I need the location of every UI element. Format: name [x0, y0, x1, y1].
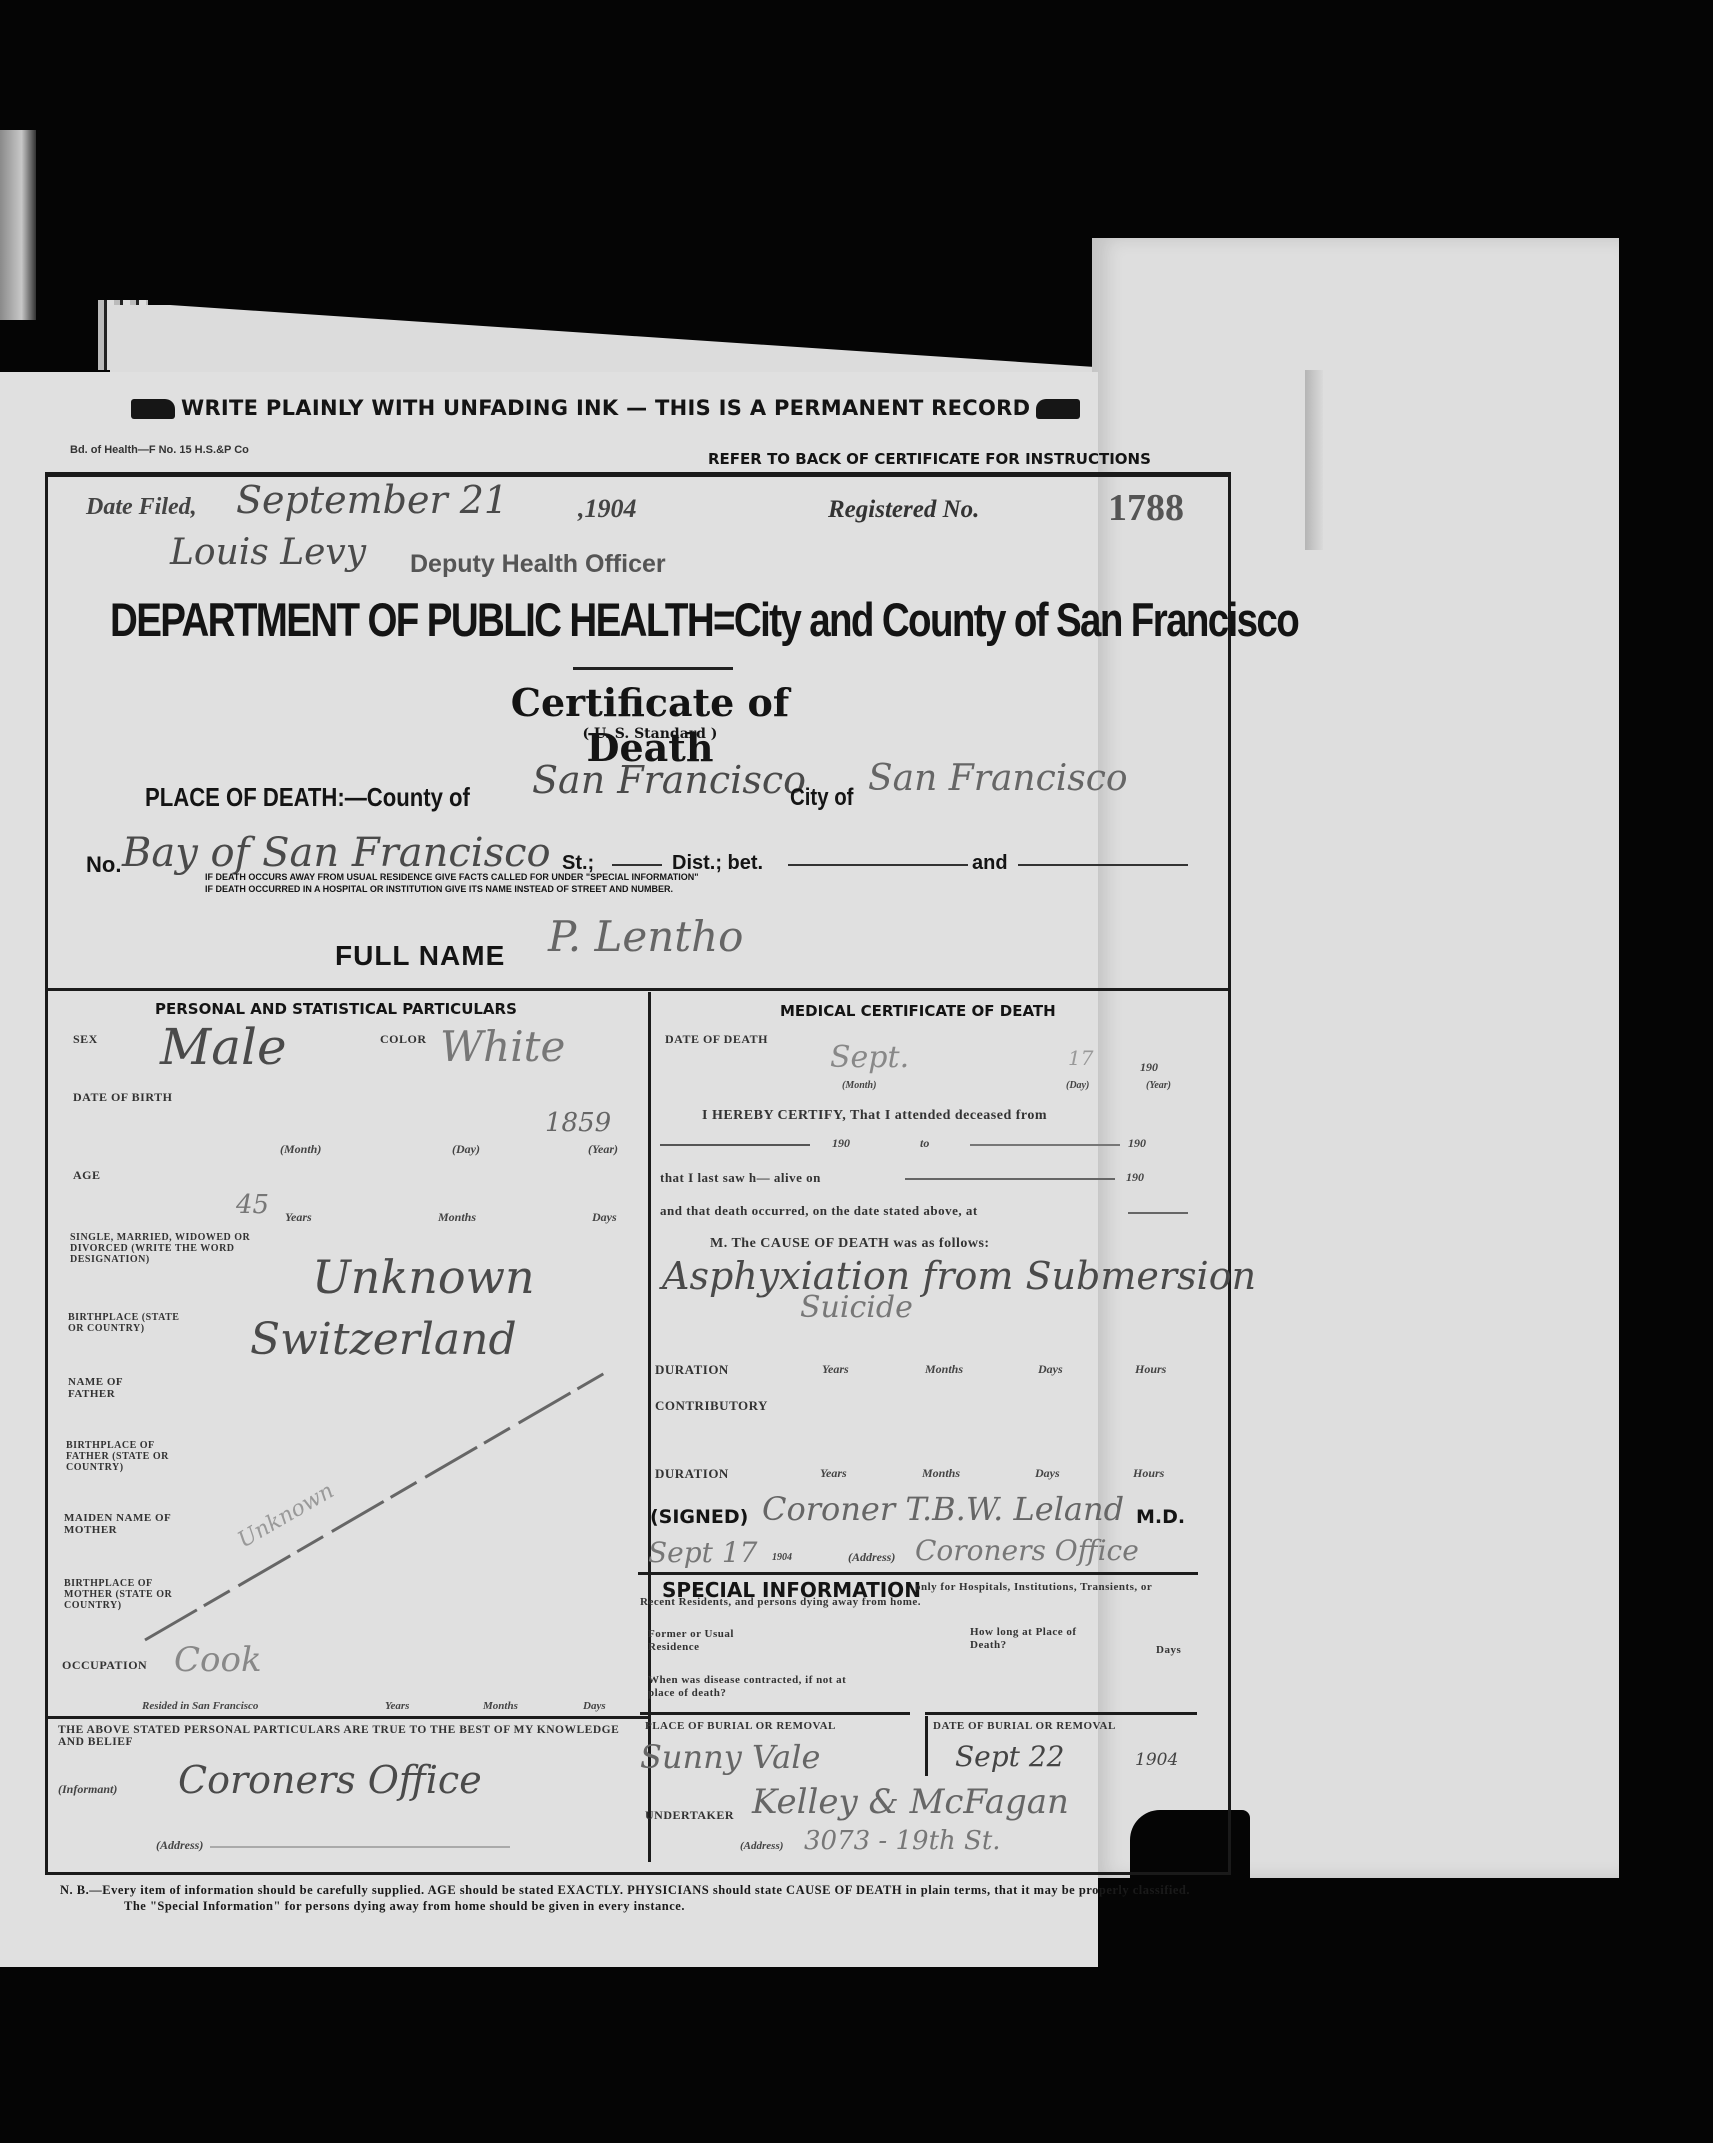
burial-divider-left: [640, 1712, 910, 1715]
undertaker-label: UNDERTAKER: [645, 1808, 734, 1823]
death-day-value[interactable]: 17: [1068, 1046, 1093, 1070]
duration-hours: Hours: [1135, 1362, 1166, 1377]
pointing-hand-icon: [131, 399, 175, 419]
dist-rule: [788, 864, 968, 866]
marital-value[interactable]: Unknown: [312, 1250, 535, 1304]
death-occurred-line: and that death occurred, on the date sta…: [660, 1203, 978, 1219]
officer-title: Deputy Health Officer: [410, 550, 666, 579]
title-rule: [573, 667, 733, 670]
color-value[interactable]: White: [440, 1022, 565, 1071]
signed-date-value[interactable]: Sept 17: [648, 1536, 757, 1569]
color-label: COLOR: [380, 1032, 427, 1047]
death-day-caption: (Day): [1066, 1080, 1089, 1091]
resided-months: Months: [483, 1700, 518, 1712]
age-years-value[interactable]: 45: [236, 1190, 269, 1220]
footer-note: N. B.—Every item of information should b…: [60, 1882, 1204, 1914]
date-filed-year: ,1904: [578, 494, 637, 524]
undertaker-value[interactable]: Kelley & McFagan: [752, 1782, 1069, 1822]
medical-address-label: (Address): [848, 1550, 895, 1565]
st-rule: [612, 864, 662, 866]
undertaker-address-value[interactable]: 3073 - 19th St.: [804, 1826, 1001, 1856]
duration2-days: Days: [1035, 1466, 1060, 1481]
last-saw-line: that I last saw h— alive on: [660, 1170, 821, 1186]
undertaker-address-label: (Address): [740, 1840, 783, 1852]
date-filed-value[interactable]: September 21: [236, 478, 508, 522]
duration-days: Days: [1038, 1362, 1063, 1377]
md-label: M.D.: [1136, 1506, 1185, 1528]
occupation-label: OCCUPATION: [62, 1658, 147, 1673]
street-no-label: No.: [86, 852, 121, 878]
signed-by-value[interactable]: Coroner T.B.W. Leland: [762, 1490, 1124, 1528]
date-of-death-label: DATE OF DEATH: [665, 1032, 768, 1047]
dob-year-caption: (Year): [588, 1142, 618, 1157]
adjacent-page-edge: [0, 130, 36, 320]
birthplace-value[interactable]: Switzerland: [250, 1314, 517, 1365]
to-label: to: [920, 1136, 929, 1151]
death-time-line: [1128, 1212, 1188, 1214]
registered-number[interactable]: 1788: [1108, 486, 1184, 530]
city-value[interactable]: San Francisco: [868, 758, 1128, 799]
dob-label: DATE OF BIRTH: [73, 1090, 172, 1105]
cause-line: M. The CAUSE OF DEATH was as follows:: [660, 1236, 990, 1252]
contributory-label: CONTRIBUTORY: [655, 1398, 768, 1414]
signed-label: (SIGNED): [650, 1506, 748, 1528]
special-divider: [638, 1572, 1198, 1575]
marital-label: SINGLE, MARRIED, WIDOWED OR DIVORCED (Wr…: [70, 1232, 290, 1265]
former-residence-label: Former or Usual Residence: [648, 1628, 768, 1654]
and-rule: [1018, 864, 1188, 866]
attended-to-line: [970, 1144, 1120, 1146]
ink-warning: WRITE PLAINLY WITH UNFADING INK — THIS I…: [125, 396, 1086, 420]
last-saw-190: 190: [1126, 1170, 1144, 1185]
informant-divider: [48, 1716, 650, 1719]
county-value[interactable]: San Francisco: [532, 758, 806, 802]
from-190: 190: [832, 1136, 850, 1151]
sex-label: SEX: [73, 1032, 98, 1047]
burial-date-value[interactable]: Sept 22: [955, 1740, 1064, 1773]
to-190: 190: [1128, 1136, 1146, 1151]
duration2-months: Months: [922, 1466, 960, 1481]
death-month-caption: (Month): [842, 1080, 876, 1091]
cause-value-line2[interactable]: Suicide: [800, 1290, 913, 1325]
dob-year-value[interactable]: 1859: [545, 1108, 611, 1138]
attended-from-line: [660, 1144, 810, 1146]
father-name-label: NAME OF FATHER: [68, 1376, 148, 1400]
sheet-fold: [1305, 370, 1323, 550]
how-long-label: How long at Place of Death?: [970, 1626, 1100, 1652]
date-filed-label: Date Filed,: [86, 494, 197, 521]
duration2-label: DURATION: [655, 1466, 729, 1482]
resided-label: Resided in San Francisco: [142, 1700, 258, 1712]
informant-address-label: (Address): [156, 1838, 203, 1853]
burial-date-label: DATE of BURIAL or REMOVAL: [933, 1720, 1116, 1732]
informant-address-line: [210, 1846, 510, 1848]
refer-note: REFER TO BACK OF CERTIFICATE FOR INSTRUC…: [708, 450, 1151, 468]
burial-place-value[interactable]: Sunny Vale: [640, 1738, 820, 1776]
dob-month-caption: (Month): [280, 1142, 321, 1157]
department-title: DEPARTMENT OF PUBLIC HEALTH=City and Cou…: [110, 592, 996, 647]
burial-divider-right: [925, 1712, 1197, 1715]
and-label: and: [972, 852, 1008, 875]
personal-heading: PERSONAL AND STATISTICAL PARTICULARS: [155, 1000, 517, 1018]
full-name-value[interactable]: P. Lentho: [548, 912, 743, 961]
medical-heading: MEDICAL CERTIFICATE OF DEATH: [780, 1002, 1056, 1020]
sex-value[interactable]: Male: [160, 1018, 287, 1076]
informant-value[interactable]: Coroners Office: [178, 1758, 482, 1802]
cause-value[interactable]: Asphyxiation from Submersion: [662, 1254, 1256, 1298]
registered-label: Registered No.: [828, 496, 979, 524]
duration-months: Months: [925, 1362, 963, 1377]
informant-label: (Informant): [58, 1782, 117, 1797]
dob-day-caption: (Day): [452, 1142, 480, 1157]
place-of-death-label: PLACE OF DEATH:—County of: [145, 782, 470, 813]
duration2-years: Years: [820, 1466, 847, 1481]
resided-days: Days: [583, 1700, 606, 1712]
street-value[interactable]: Bay of San Francisco: [122, 830, 551, 876]
certify-line: I HEREBY CERTIFY, That I attended deceas…: [702, 1108, 1047, 1124]
officer-signature[interactable]: Louis Levy: [170, 532, 366, 573]
death-year-prefix: 190: [1140, 1060, 1158, 1075]
signed-year-value: 1904: [772, 1552, 792, 1563]
resided-years: Years: [385, 1700, 409, 1712]
age-label: AGE: [73, 1168, 101, 1183]
last-saw-date-line: [905, 1178, 1115, 1180]
age-months-caption: Months: [438, 1210, 476, 1225]
informant-statement: THE ABOVE STATED PERSONAL PARTICULARS AR…: [58, 1724, 638, 1748]
warning-text: WRITE PLAINLY WITH UNFADING INK — THIS I…: [181, 396, 1030, 420]
death-month-value[interactable]: Sept.: [830, 1040, 909, 1075]
full-name-label: FULL NAME: [335, 940, 505, 972]
form-number: Bd. of Health—F No. 15 H.S.&P Co: [70, 444, 249, 456]
certificate-title: Certificate of Death: [460, 680, 840, 770]
burial-place-label: PLACE OF BURIAL OR REMOVAL: [645, 1720, 836, 1732]
special-subheading: only for Hospitals, Institutions, Transi…: [640, 1580, 1180, 1610]
contracted-label: When was disease contracted, if not at p…: [648, 1674, 848, 1700]
duration-years: Years: [822, 1362, 849, 1377]
hospital-note: IF DEATH OCCURRED IN A HOSPITAL OR INSTI…: [205, 884, 673, 894]
medical-address-value[interactable]: Coroners Office: [915, 1534, 1139, 1567]
occupation-value[interactable]: Cook: [174, 1640, 262, 1680]
age-days-caption: Days: [592, 1210, 617, 1225]
birthplace-label: BIRTHPLACE (State or Country): [68, 1312, 198, 1334]
special-days-label: Days: [1156, 1644, 1181, 1656]
standard-note: ( U. S. Standard ): [460, 726, 840, 742]
duration2-hours: Hours: [1133, 1466, 1164, 1481]
section-divider: [48, 988, 1228, 991]
residence-note: IF DEATH OCCURS AWAY FROM USUAL RESIDENC…: [205, 872, 699, 882]
burial-year-value[interactable]: 1904: [1135, 1750, 1178, 1770]
burial-column-divider: [925, 1716, 928, 1776]
pointing-hand-icon: [1036, 399, 1080, 419]
parents-unknown-strike: [140, 1360, 620, 1650]
death-year-caption: (Year): [1146, 1080, 1171, 1091]
age-years-caption: Years: [285, 1210, 312, 1225]
city-label: City of: [790, 784, 853, 812]
duration-label: DURATION: [655, 1362, 729, 1378]
